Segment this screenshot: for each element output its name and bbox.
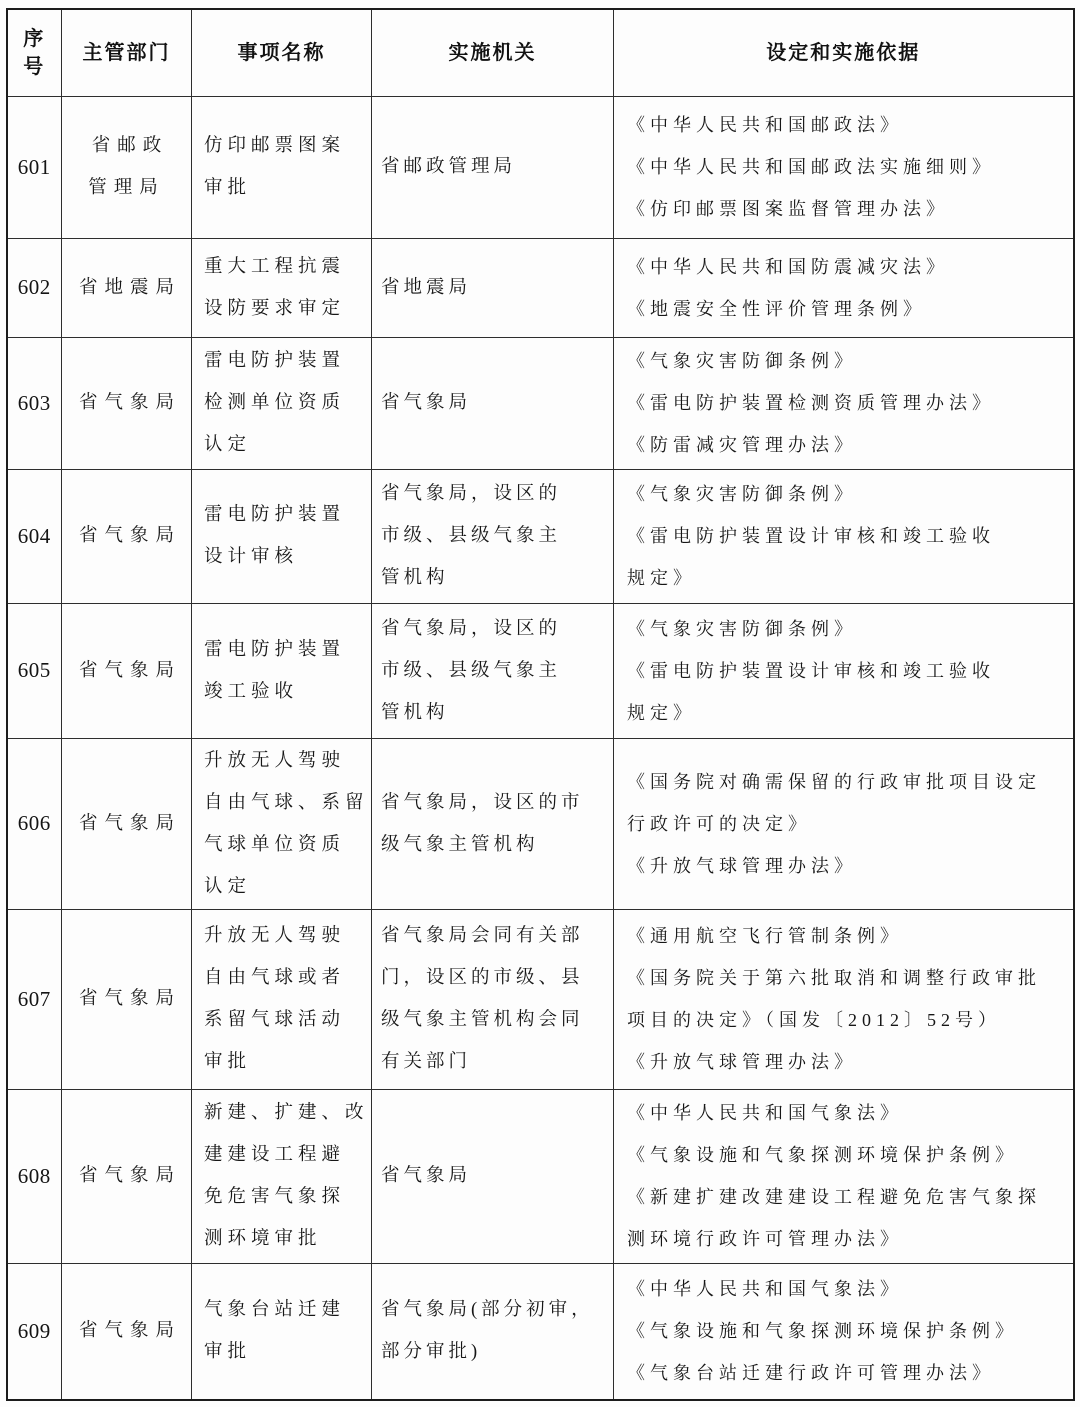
basis-entry: 《通用航空飞行管制条例》 — [627, 915, 1069, 957]
department-cell: 省气象局 — [62, 603, 192, 738]
item-name-cell: 升放无人驾驶 自由气球或者 系留气球活动 审批 — [192, 909, 372, 1089]
agency-cell: 省地震局 — [372, 238, 614, 337]
item-name-cell: 雷电防护装置 设计审核 — [192, 469, 372, 603]
basis-cell: 《中华人民共和国气象法》《气象设施和气象探测环境保护条例》《新建扩建改建建设工程… — [614, 1089, 1074, 1263]
agency-cell: 省气象局，设区的市 级气象主管机构 — [372, 738, 614, 909]
table-row: 609省气象局气象台站迁建 审批省气象局(部分初审， 部分审批)《中华人民共和国… — [7, 1263, 1074, 1400]
basis-cell: 《通用航空飞行管制条例》《国务院关于第六批取消和调整行政审批 项目的决定》（国发… — [614, 909, 1074, 1089]
table-body: 601省邮政 管理局仿印邮票图案 审批省邮政管理局《中华人民共和国邮政法》《中华… — [7, 96, 1074, 1400]
column-header-dept: 主管部门 — [62, 9, 192, 96]
table-row: 606省气象局升放无人驾驶 自由气球、系留 气球单位资质 认定省气象局，设区的市… — [7, 738, 1074, 909]
table-row: 601省邮政 管理局仿印邮票图案 审批省邮政管理局《中华人民共和国邮政法》《中华… — [7, 96, 1074, 238]
table-row: 603省气象局雷电防护装置 检测单位资质 认定省气象局《气象灾害防御条例》《雷电… — [7, 337, 1074, 469]
basis-entry: 《气象灾害防御条例》 — [627, 340, 1069, 382]
table-row: 604省气象局雷电防护装置 设计审核省气象局，设区的 市级、县级气象主 管机构《… — [7, 469, 1074, 603]
agency-cell: 省邮政管理局 — [372, 96, 614, 238]
approval-items-table: 序 号主管部门事项名称实施机关设定和实施依据 601省邮政 管理局仿印邮票图案 … — [6, 8, 1075, 1401]
basis-entry: 《气象设施和气象探测环境保护条例》 — [627, 1134, 1069, 1176]
department-cell: 省气象局 — [62, 469, 192, 603]
basis-cell: 《气象灾害防御条例》《雷电防护装置设计审核和竣工验收 规定》 — [614, 469, 1074, 603]
serial-number-cell: 605 — [7, 603, 62, 738]
department-cell: 省气象局 — [62, 1089, 192, 1263]
table-row: 605省气象局雷电防护装置 竣工验收省气象局，设区的 市级、县级气象主 管机构《… — [7, 603, 1074, 738]
basis-entry: 《中华人民共和国气象法》 — [627, 1092, 1069, 1134]
agency-cell: 省气象局 — [372, 337, 614, 469]
department-cell: 省气象局 — [62, 909, 192, 1089]
serial-number-cell: 602 — [7, 238, 62, 337]
basis-entry: 《仿印邮票图案监督管理办法》 — [627, 188, 1069, 230]
serial-number-cell: 603 — [7, 337, 62, 469]
serial-number-cell: 606 — [7, 738, 62, 909]
basis-cell: 《国务院对确需保留的行政审批项目设定 行政许可的决定》《升放气球管理办法》 — [614, 738, 1074, 909]
basis-entry: 《中华人民共和国邮政法实施细则》 — [627, 146, 1069, 188]
item-name-cell: 升放无人驾驶 自由气球、系留 气球单位资质 认定 — [192, 738, 372, 909]
table-header-row: 序 号主管部门事项名称实施机关设定和实施依据 — [7, 9, 1074, 96]
department-cell: 省气象局 — [62, 1263, 192, 1400]
basis-entry: 《中华人民共和国防震减灾法》 — [627, 246, 1069, 288]
basis-entry: 《雷电防护装置设计审核和竣工验收 规定》 — [627, 650, 1069, 734]
table-row: 608省气象局新建、扩建、改 建建设工程避 免危害气象探 测环境审批省气象局《中… — [7, 1089, 1074, 1263]
basis-cell: 《中华人民共和国气象法》《气象设施和气象探测环境保护条例》《气象台站迁建行政许可… — [614, 1263, 1074, 1400]
basis-entry: 《气象灾害防御条例》 — [627, 608, 1069, 650]
column-header-basis: 设定和实施依据 — [614, 9, 1074, 96]
item-name-cell: 气象台站迁建 审批 — [192, 1263, 372, 1400]
basis-entry: 《国务院对确需保留的行政审批项目设定 行政许可的决定》 — [627, 761, 1069, 845]
table-row: 607省气象局升放无人驾驶 自由气球或者 系留气球活动 审批省气象局会同有关部 … — [7, 909, 1074, 1089]
basis-cell: 《气象灾害防御条例》《雷电防护装置设计审核和竣工验收 规定》 — [614, 603, 1074, 738]
column-header-no: 序 号 — [7, 9, 62, 96]
department-cell: 省邮政 管理局 — [62, 96, 192, 238]
basis-entry: 《地震安全性评价管理条例》 — [627, 288, 1069, 330]
basis-cell: 《中华人民共和国邮政法》《中华人民共和国邮政法实施细则》《仿印邮票图案监督管理办… — [614, 96, 1074, 238]
column-header-agency: 实施机关 — [372, 9, 614, 96]
item-name-cell: 仿印邮票图案 审批 — [192, 96, 372, 238]
basis-cell: 《中华人民共和国防震减灾法》《地震安全性评价管理条例》 — [614, 238, 1074, 337]
basis-entry: 《新建扩建改建建设工程避免危害气象探 测环境行政许可管理办法》 — [627, 1176, 1069, 1260]
item-name-cell: 雷电防护装置 竣工验收 — [192, 603, 372, 738]
agency-cell: 省气象局 — [372, 1089, 614, 1263]
basis-entry: 《气象台站迁建行政许可管理办法》 — [627, 1352, 1069, 1394]
basis-entry: 《雷电防护装置设计审核和竣工验收 规定》 — [627, 515, 1069, 599]
department-cell: 省气象局 — [62, 337, 192, 469]
basis-entry: 《气象灾害防御条例》 — [627, 473, 1069, 515]
basis-entry: 《国务院关于第六批取消和调整行政审批 项目的决定》（国发〔2012〕52号） — [627, 957, 1069, 1041]
item-name-cell: 重大工程抗震 设防要求审定 — [192, 238, 372, 337]
department-cell: 省气象局 — [62, 738, 192, 909]
item-name-cell: 新建、扩建、改 建建设工程避 免危害气象探 测环境审批 — [192, 1089, 372, 1263]
item-name-cell: 雷电防护装置 检测单位资质 认定 — [192, 337, 372, 469]
column-header-item: 事项名称 — [192, 9, 372, 96]
basis-cell: 《气象灾害防御条例》《雷电防护装置检测资质管理办法》《防雷减灾管理办法》 — [614, 337, 1074, 469]
serial-number-cell: 601 — [7, 96, 62, 238]
document-page: 序 号主管部门事项名称实施机关设定和实施依据 601省邮政 管理局仿印邮票图案 … — [0, 0, 1080, 1407]
basis-entry: 《升放气球管理办法》 — [627, 1041, 1069, 1083]
agency-cell: 省气象局(部分初审， 部分审批) — [372, 1263, 614, 1400]
basis-entry: 《气象设施和气象探测环境保护条例》 — [627, 1310, 1069, 1352]
serial-number-cell: 608 — [7, 1089, 62, 1263]
serial-number-cell: 604 — [7, 469, 62, 603]
basis-entry: 《防雷减灾管理办法》 — [627, 424, 1069, 466]
basis-entry: 《升放气球管理办法》 — [627, 845, 1069, 887]
agency-cell: 省气象局会同有关部 门，设区的市级、县 级气象主管机构会同 有关部门 — [372, 909, 614, 1089]
basis-entry: 《中华人民共和国气象法》 — [627, 1268, 1069, 1310]
serial-number-cell: 609 — [7, 1263, 62, 1400]
department-cell: 省地震局 — [62, 238, 192, 337]
agency-cell: 省气象局，设区的 市级、县级气象主 管机构 — [372, 603, 614, 738]
basis-entry: 《中华人民共和国邮政法》 — [627, 104, 1069, 146]
basis-entry: 《雷电防护装置检测资质管理办法》 — [627, 382, 1069, 424]
table-row: 602省地震局重大工程抗震 设防要求审定省地震局《中华人民共和国防震减灾法》《地… — [7, 238, 1074, 337]
serial-number-cell: 607 — [7, 909, 62, 1089]
table-header: 序 号主管部门事项名称实施机关设定和实施依据 — [7, 9, 1074, 96]
agency-cell: 省气象局，设区的 市级、县级气象主 管机构 — [372, 469, 614, 603]
